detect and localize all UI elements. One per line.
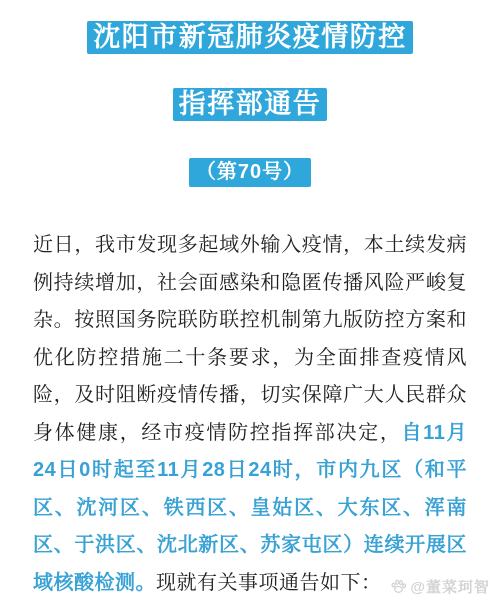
watermark: @董菜珂智	[390, 576, 490, 597]
notice-body-paragraph: 近日，我市发现多起域外输入疫情，本土续发病例持续增加，社会面感染和隐匿传播风险严…	[33, 227, 467, 602]
body-text-intro: 近日，我市发现多起域外输入疫情，本土续发病例持续增加，社会面感染和隐匿传播风险严…	[33, 234, 467, 444]
notice-page: 沈阳市新冠肺炎疫情防控 指挥部通告 （第70号） 近日，我市发现多起域外输入疫情…	[0, 0, 500, 608]
body-text-closing: 现就有关事项通告如下：	[156, 572, 382, 594]
issue-number-badge: （第70号）	[189, 158, 311, 187]
notice-header: 沈阳市新冠肺炎疫情防控 指挥部通告 （第70号）	[0, 0, 500, 187]
body-text-highlighted-period: 自11月24日0时起至11月28日24时，市内九区（和平区、沈河区、铁西区、皇姑…	[33, 422, 467, 594]
paw-icon	[390, 578, 407, 595]
notice-title-line-2: 指挥部通告	[173, 88, 328, 121]
notice-title-line-1: 沈阳市新冠肺炎疫情防控	[87, 21, 413, 54]
watermark-text: @董菜珂智	[410, 576, 490, 597]
